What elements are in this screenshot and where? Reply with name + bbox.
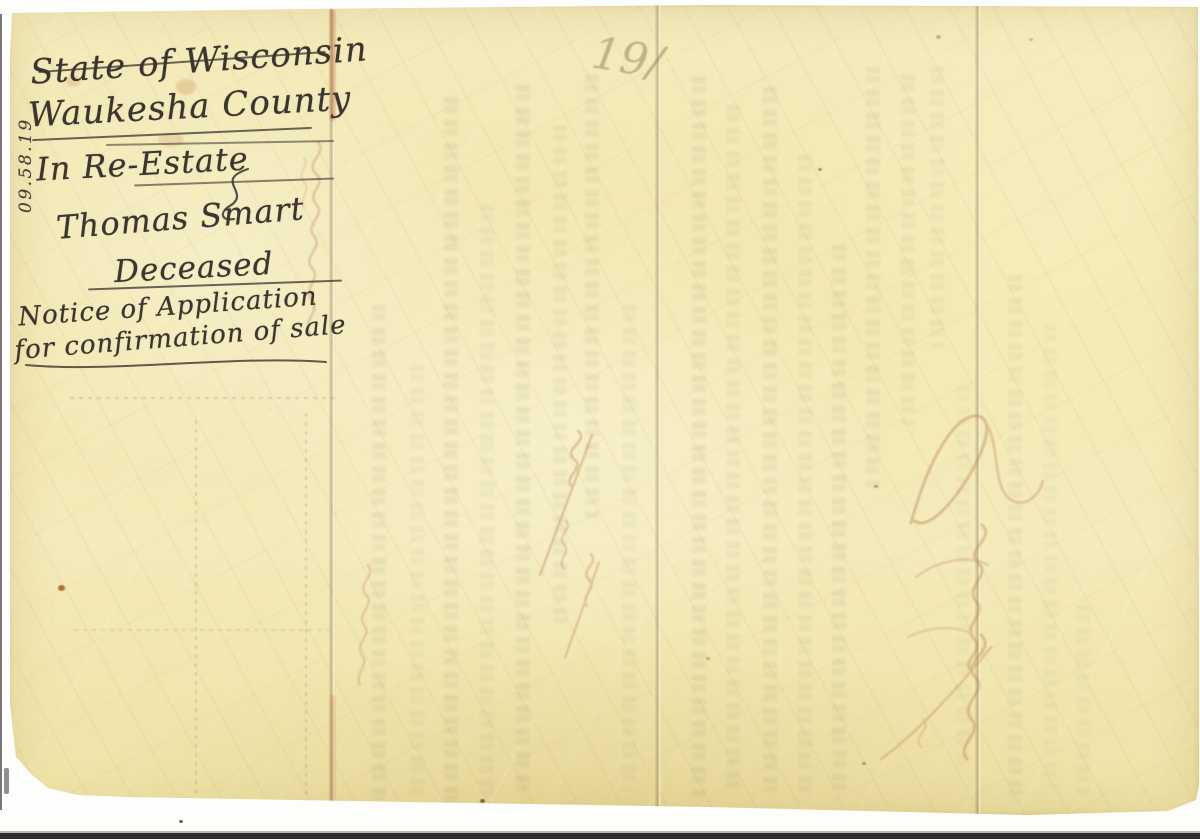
bleedthrough-rule-line	[305, 413, 307, 808]
foxing-speck	[874, 485, 878, 488]
bleedthrough-text-column	[901, 75, 915, 425]
bleedthrough-text-column	[763, 87, 777, 792]
bleedthrough-text-column	[832, 245, 846, 793]
bleedthrough-text-column	[866, 67, 880, 487]
bleedthrough-text-column	[798, 155, 812, 793]
foxing-speck	[706, 657, 710, 660]
docket-decedent-name: Thomas Smart	[55, 189, 306, 246]
bleedthrough-text-column	[692, 77, 706, 797]
fold-crease-left	[329, 5, 336, 815]
bleedthrough-script-mark	[338, 561, 386, 696]
scanner-edge-shadow-left	[0, 14, 2, 810]
fold-crease-center	[655, 5, 662, 815]
document-scan: 19/ 09.58.19 State of Wisconsin Waukesha…	[0, 0, 1200, 839]
scanner-edge-line	[0, 833, 1200, 839]
document-paper: 19/ 09.58.19 State of Wisconsin Waukesha…	[8, 5, 1199, 815]
bleedthrough-signature-mark	[863, 627, 1018, 772]
fold-crease-right	[975, 5, 982, 815]
bleedthrough-rule-line	[74, 629, 329, 631]
bleedthrough-text-column	[372, 305, 386, 800]
bleedthrough-text-column	[956, 385, 970, 765]
bleedthrough-text-column	[1076, 605, 1090, 795]
bleedthrough-text-column	[553, 125, 567, 625]
bleedthrough-rule-line	[70, 397, 338, 399]
bleedthrough-text-column	[622, 305, 636, 790]
foxing-speck	[936, 35, 941, 39]
bleedthrough-text-column	[444, 97, 458, 802]
foxing-speck	[1029, 38, 1033, 41]
bleedthrough-signature-mark	[886, 517, 1021, 672]
bleedthrough-script-mark	[551, 548, 609, 666]
bleedthrough-text-column	[585, 75, 599, 520]
bleedthrough-text-column	[726, 105, 740, 793]
foxing-speck	[480, 799, 485, 803]
bleedthrough-script-mark	[520, 425, 605, 585]
foxing-speck	[862, 762, 866, 765]
bleedthrough-text-column	[516, 85, 530, 797]
bleedthrough-text-column	[1043, 325, 1057, 787]
bleedthrough-text-column	[410, 365, 424, 800]
bleedthrough-signature-mark	[893, 403, 1048, 538]
bleedthrough-rule-line	[195, 420, 197, 810]
scanner-dust	[4, 768, 9, 794]
scanner-dust	[179, 820, 183, 823]
bleedthrough-text-column	[930, 67, 944, 347]
pen-flourish-underline	[22, 353, 332, 375]
bleedthrough-text-column	[1008, 275, 1022, 795]
fold-rust-stain-bottom	[330, 695, 335, 805]
foxing-speck	[58, 585, 65, 591]
foxing-speck	[818, 168, 822, 171]
bleedthrough-text-column	[480, 205, 494, 795]
pencil-mark: 19/	[588, 28, 666, 89]
